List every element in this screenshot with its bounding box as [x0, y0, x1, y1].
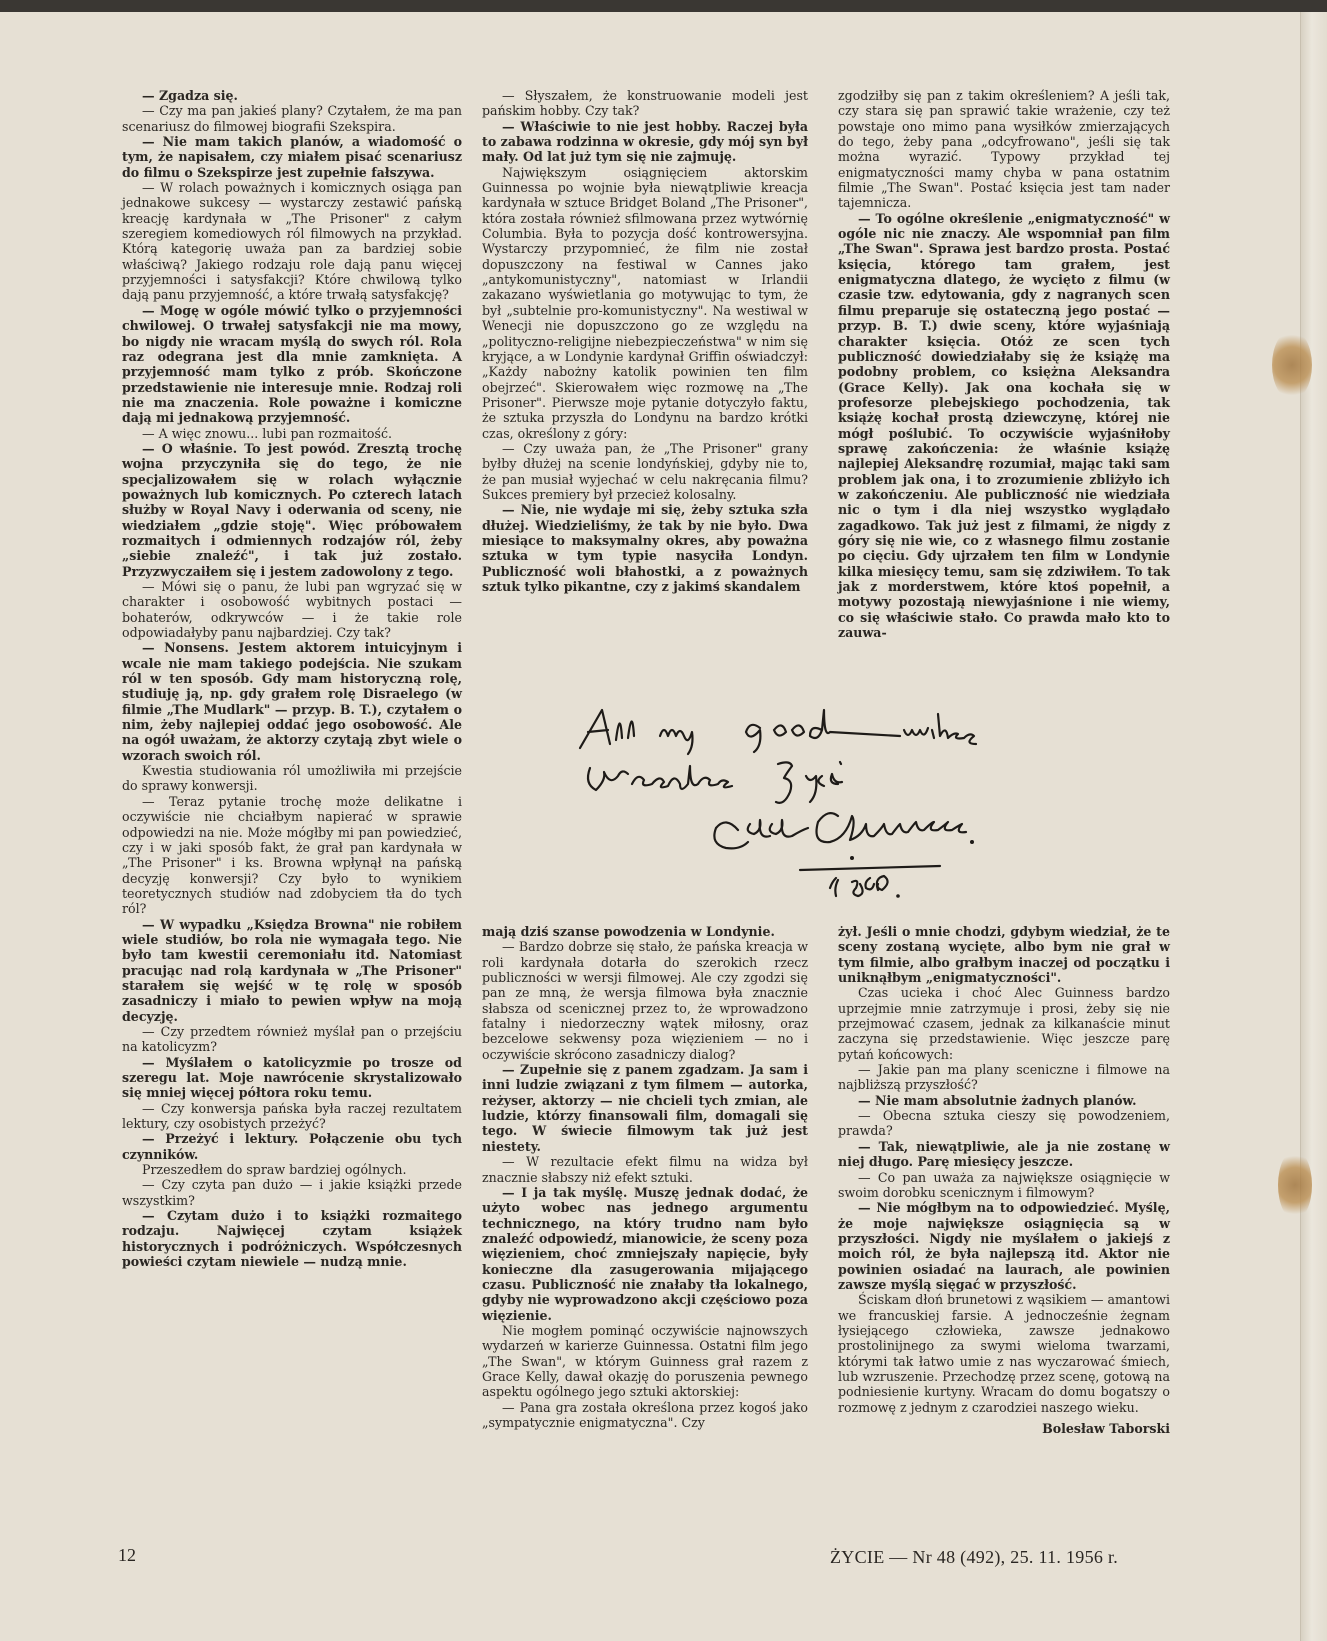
paper-stain — [1272, 330, 1312, 400]
article-paragraph: — Nie, nie wydaje mi się, żeby sztuka sz… — [482, 502, 808, 594]
article-paragraph: — A więc znowu... lubi pan rozmaitość. — [122, 426, 462, 441]
article-paragraph: — Zupełnie się z panem zgadzam. Ja sam i… — [482, 1062, 808, 1154]
article-paragraph: Czas ucieka i choć Alec Guinness bardzo … — [838, 985, 1170, 1062]
article-paragraph: — Czy konwersja pańska była raczej rezul… — [122, 1101, 462, 1132]
article-paragraph: — Przeżyć i lektury. Połączenie obu tych… — [122, 1131, 462, 1162]
article-paragraph: mają dziś szanse powodzenia w Londynie. — [482, 924, 808, 939]
article-paragraph: Przeszedłem do spraw bardziej ogólnych. — [122, 1162, 462, 1177]
article-paragraph: — W wypadku „Księdza Browna" nie robiłem… — [122, 917, 462, 1024]
article-paragraph: — Obecna sztuka cieszy się powodzeniem, … — [838, 1108, 1170, 1139]
article-paragraph: — Nie mam takich planów, a wiadomość o t… — [122, 134, 462, 180]
article-paragraph: Nie mogłem pominąć oczywiście najnowszyc… — [482, 1323, 808, 1400]
article-column-3-top: zgodziłby się pan z takim określeniem? A… — [838, 88, 1170, 640]
article-paragraph: żył. Jeśli o mnie chodzi, gdybym wiedzia… — [838, 924, 1170, 985]
article-paragraph: — Czy przedtem również myślał pan o prze… — [122, 1024, 462, 1055]
article-paragraph: — Czy uważa pan, że „The Prisoner" grany… — [482, 441, 808, 502]
article-paragraph: — To ogólne określenie „enigmatyczność" … — [838, 211, 1170, 641]
article-paragraph: — Czy ma pan jakieś plany? Czytałem, że … — [122, 103, 462, 134]
article-paragraph: — O właśnie. To jest powód. Zresztą troc… — [122, 441, 462, 579]
article-column-3-bottom: żył. Jeśli o mnie chodzi, gdybym wiedzia… — [838, 924, 1170, 1436]
article-paragraph: — Myślałem o katolicyzmie po trosze od s… — [122, 1055, 462, 1101]
paper-stain — [1278, 1150, 1312, 1220]
article-paragraph: — Teraz pytanie trochę może delikatne i … — [122, 794, 462, 917]
author-byline: Bolesław Taborski — [838, 1421, 1170, 1436]
article-paragraph: — Czy czyta pan dużo — i jakie książki p… — [122, 1177, 462, 1208]
article-paragraph: — Co pan uważa za największe osiągnięcie… — [838, 1170, 1170, 1201]
article-paragraph: — Mówi się o panu, że lubi pan wgryzać s… — [122, 579, 462, 640]
article-paragraph: — Słyszałem, że konstruowanie modeli jes… — [482, 88, 808, 119]
article-column-2-top: — Słyszałem, że konstruowanie modeli jes… — [482, 88, 808, 594]
page-number: 12 — [118, 1545, 136, 1566]
article-paragraph: — Czytam dużo i to książki rozmaitego ro… — [122, 1208, 462, 1269]
article-paragraph: — Nonsens. Jestem aktorem intuicyjnym i … — [122, 640, 462, 763]
article-paragraph: — Właściwie to nie jest hobby. Raczej by… — [482, 119, 808, 165]
handwritten-autograph — [560, 700, 1120, 910]
article-paragraph: — I ja tak myślę. Muszę jednak dodać, że… — [482, 1185, 808, 1323]
article-paragraph: — Pana gra została określona przez kogoś… — [482, 1400, 808, 1431]
article-paragraph: — Nie mam absolutnie żadnych planów. — [838, 1093, 1170, 1108]
article-paragraph: — Bardzo dobrze się stało, że pańska kre… — [482, 939, 808, 1062]
magazine-masthead-footer: ŻYCIE — Nr 48 (492), 25. 11. 1956 r. — [830, 1547, 1118, 1568]
article-paragraph: zgodziłby się pan z takim określeniem? A… — [838, 88, 1170, 211]
article-paragraph: — Jakie pan ma plany sceniczne i filmowe… — [838, 1062, 1170, 1093]
article-paragraph: — W rezultacie efekt filmu na widza był … — [482, 1154, 808, 1185]
article-column-1: — Zgadza się.— Czy ma pan jakieś plany? … — [122, 88, 462, 1269]
article-paragraph: — Tak, niewątpliwie, ale ja nie zostanę … — [838, 1139, 1170, 1170]
article-column-2-bottom: mają dziś szanse powodzenia w Londynie.—… — [482, 924, 808, 1430]
article-paragraph: Ściskam dłoń brunetowi z wąsikiem — aman… — [838, 1292, 1170, 1415]
article-paragraph: Największym osiągnięciem aktorskim Guinn… — [482, 165, 808, 441]
article-paragraph: Kwestia studiowania ról umożliwiła mi pr… — [122, 763, 462, 794]
article-paragraph: — W rolach poważnych i komicznych osiąga… — [122, 180, 462, 303]
article-paragraph: — Mogę w ogóle mówić tylko o przyjemnośc… — [122, 303, 462, 426]
scan-top-edge — [0, 0, 1327, 12]
article-paragraph: — Nie mógłbym na to odpowiedzieć. Myślę,… — [838, 1200, 1170, 1292]
page-spine-edge — [1300, 12, 1327, 1641]
article-paragraph: — Zgadza się. — [122, 88, 462, 103]
